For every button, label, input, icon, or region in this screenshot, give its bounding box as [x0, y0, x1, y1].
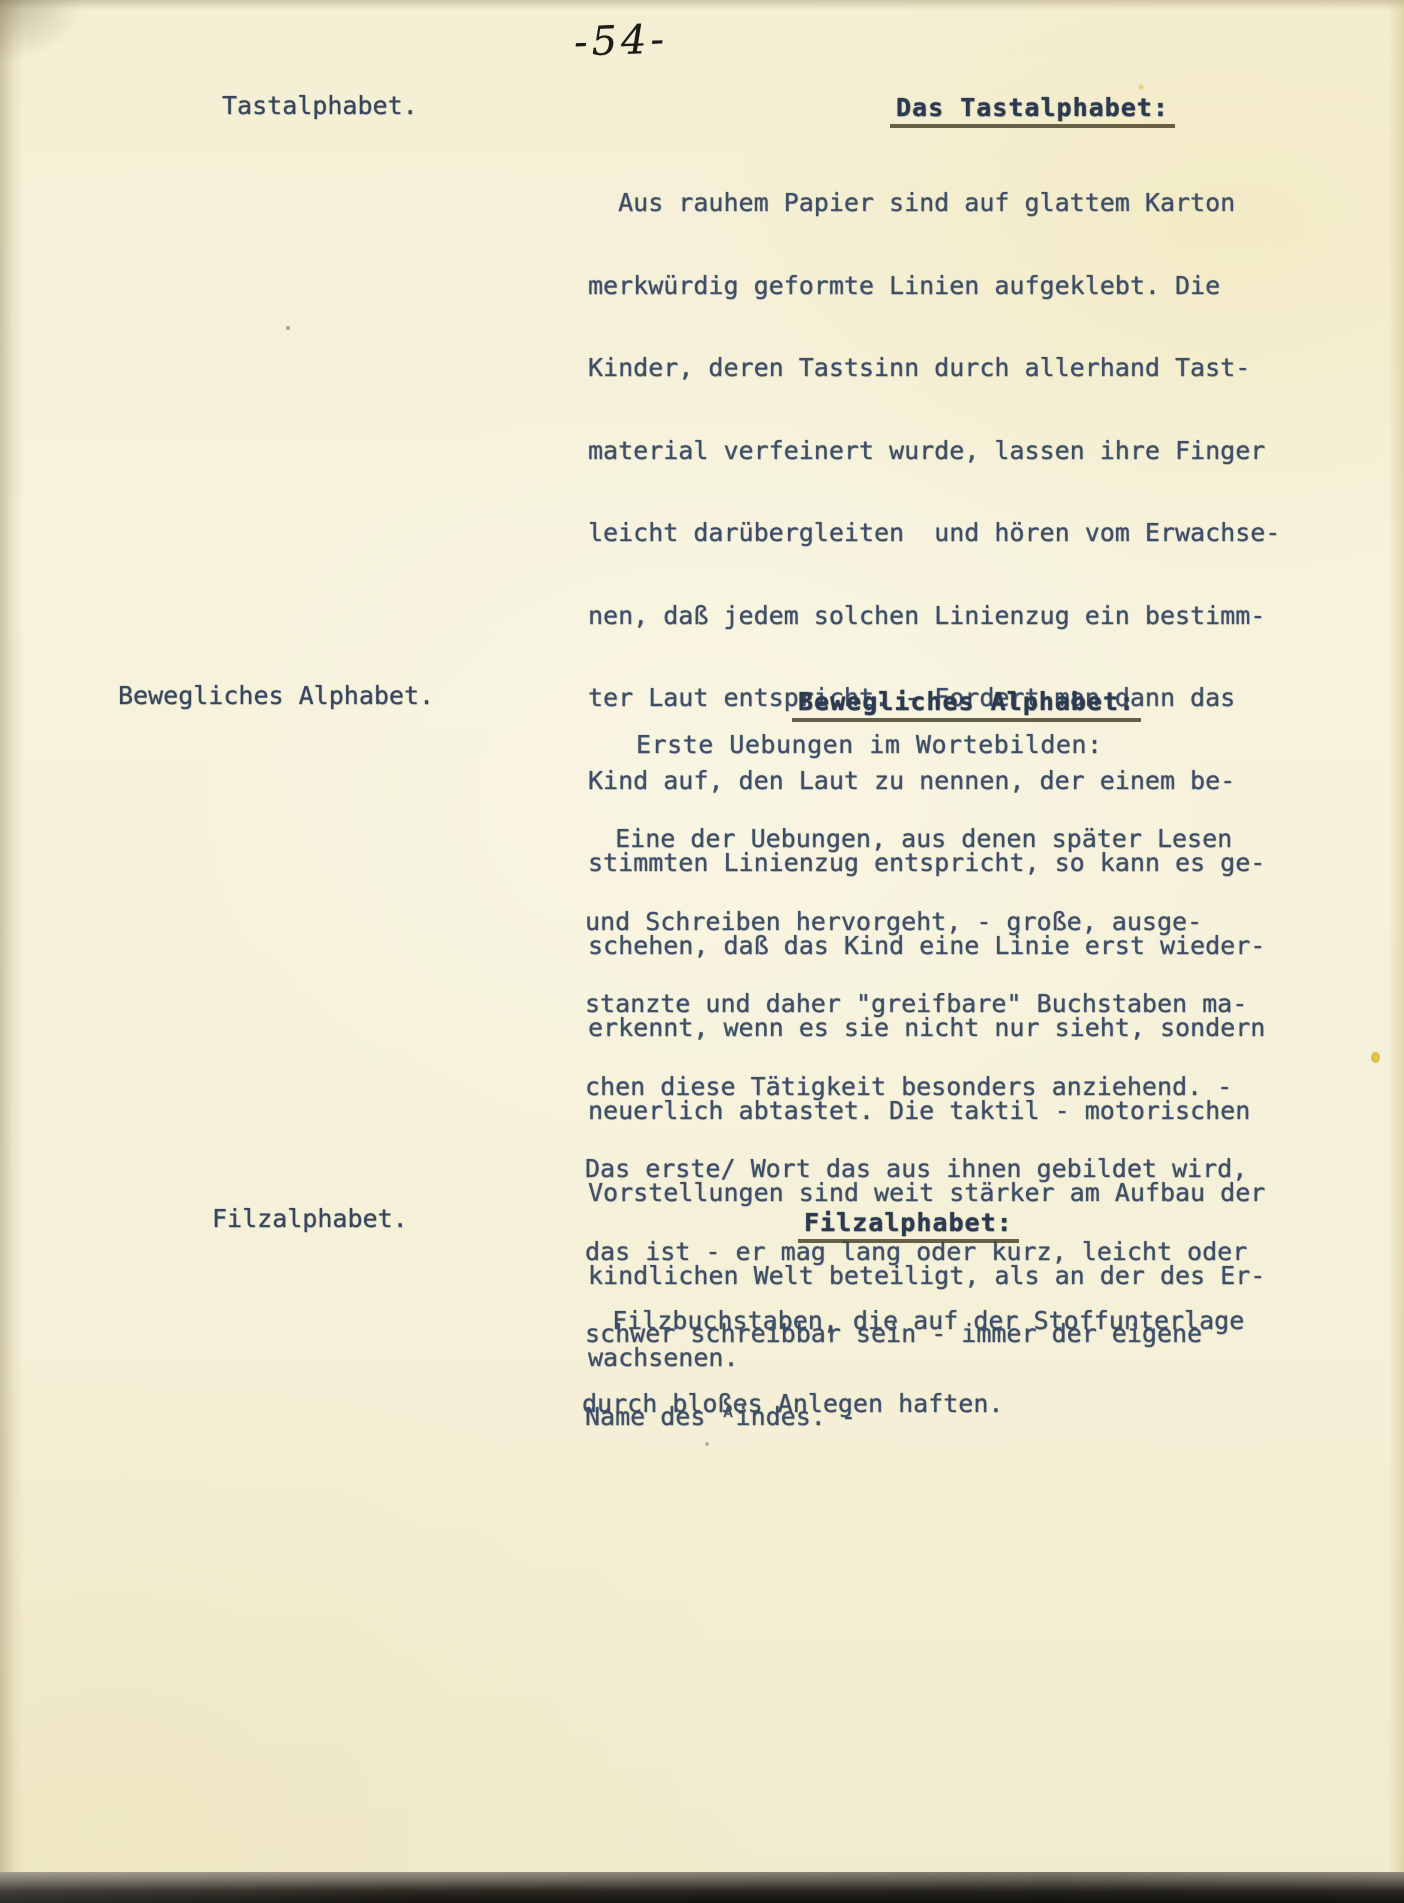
text-line: durch bloßes Anlegen haften. — [582, 1390, 1244, 1418]
paper-corner-shadow — [0, 0, 120, 90]
scanned-document-page: -54- Tastalphabet. Das Tastalphabet: Aus… — [0, 0, 1404, 1903]
text-line: Kinder, deren Tastsinn durch allerhand T… — [588, 354, 1280, 382]
page-number: -54- — [573, 16, 668, 65]
paragraph-filzalphabet: Filzbuchstaben, die auf der Stoffunterla… — [582, 1252, 1244, 1472]
paper-speck — [286, 326, 290, 330]
text-line: chen diese Tätigkeit besonders anziehend… — [585, 1073, 1247, 1101]
text-line: leicht darübergleiten und hören vom Erwa… — [588, 519, 1280, 547]
text-line: material verfeinert wurde, lassen ihre F… — [588, 437, 1280, 465]
paper-edge-left — [0, 0, 24, 1903]
section-subheading-wortebilden: Erste Uebungen im Wortebilden: — [636, 731, 1103, 759]
section-heading-bewegliches-alphabet: Bewegliches Alphabet: — [792, 688, 1141, 722]
section-heading-tastalphabet: Das Tastalphabet: — [890, 94, 1175, 128]
paper-speck — [1138, 84, 1144, 90]
text-line: nen, daß jedem solchen Linienzug ein bes… — [588, 602, 1280, 630]
paper-speck — [1371, 1052, 1380, 1063]
text-line: Aus rauhem Papier sind auf glattem Karto… — [588, 189, 1280, 217]
margin-label-tastalphabet: Tastalphabet. — [222, 92, 418, 120]
text-line: stanzte und daher "greifbare" Buchstaben… — [585, 990, 1247, 1018]
text-line: Eine der Uebungen, aus denen später Lese… — [585, 825, 1247, 853]
text-line: merkwürdig geformte Linien aufgeklebt. D… — [588, 272, 1280, 300]
margin-label-bewegliches-alphabet: Bewegliches Alphabet. — [118, 682, 434, 710]
text-line: Filzbuchstaben, die auf der Stoffunterla… — [582, 1307, 1244, 1335]
text-line: Das erste/ Wort das aus ihnen gebildet w… — [585, 1155, 1247, 1183]
paper-edge-top — [0, 0, 1404, 10]
scan-bottom-band — [0, 1872, 1404, 1903]
section-heading-filzalphabet: Filzalphabet: — [798, 1209, 1019, 1243]
margin-label-filzalphabet: Filzalphabet. — [212, 1205, 408, 1233]
text-line: und Schreiben hervorgeht, - große, ausge… — [585, 908, 1247, 936]
paper-edge-right — [1388, 0, 1404, 1903]
